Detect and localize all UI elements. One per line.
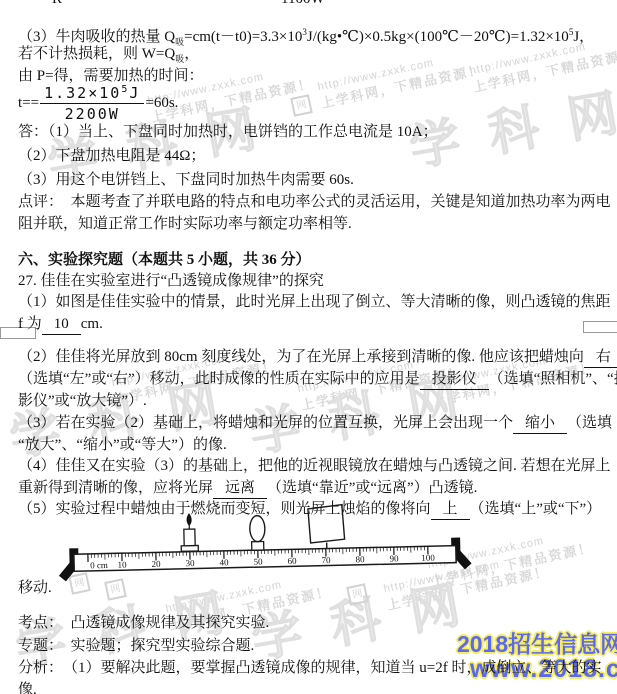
- top-cutoff-fragment: R: [52, 0, 62, 7]
- text-line: “放大”、“缩小”或“等大”）的像.: [18, 435, 227, 455]
- answer-blank: 缩小: [513, 413, 567, 434]
- text-run: （2）下盘加热电阻是 44Ω；: [18, 148, 205, 164]
- text-run: “放大”、“缩小”或“等大”）的像.: [18, 437, 227, 453]
- text-run: 分析： （1）要解决此题，要掌握凸透镜成像的规律，知道当 u=2f 时，成倒立、…: [18, 660, 601, 676]
- lens-stand: [252, 541, 264, 550]
- text-run: （选填“靠近”或“远离”）凸透镜.: [267, 480, 477, 496]
- numerator-base: 1.32×10: [44, 84, 121, 102]
- text-run: f 为: [18, 316, 42, 332]
- answer-blank: 远离: [213, 478, 267, 499]
- page-break-marker-right: [583, 321, 617, 333]
- text-run: 影仪”或“放大镜”）.: [18, 393, 147, 409]
- answer-blank: 10: [42, 314, 81, 335]
- text-line: f 为10cm.: [18, 314, 103, 335]
- text-run: R: [52, 0, 62, 7]
- text-line: 六、实验探究题（本题共 5 小题，共 36 分）: [18, 250, 311, 270]
- text-line: 答：（1）当上、下盘同时加热时，电饼铛的工作总电流是 10A；: [18, 122, 438, 142]
- text-line: （3）若在实验（2）基础上，将蜡烛和光屏的位置互换，光屏上会出现一个缩小（选填: [18, 413, 612, 434]
- text-run: J/(kg•℃)×0.5kg×(100℃－20℃)=1.32×10: [307, 29, 569, 45]
- text-run: =cm(t－t0)=3.3×10: [184, 29, 302, 45]
- text-line: （5）实验过程中蜡烛由于燃烧而变短，则光屏上烛焰的像将向上（选填“上”或“下”）: [18, 499, 601, 520]
- text-line: 分析： （1）要解决此题，要掌握凸透镜成像的规律，知道当 u=2f 时，成倒立、…: [18, 658, 601, 678]
- text-run: ，: [184, 46, 199, 62]
- convex-lens: [250, 515, 266, 550]
- ruler-label: 50: [253, 557, 263, 567]
- top-cutoff-fragment: =: [220, 0, 228, 7]
- text-run: 阻并联，知道正常工作时实际功率与额定功率相等.: [18, 216, 352, 232]
- fraction: 1.32×105J 2200W: [40, 84, 144, 123]
- text-line: 影仪”或“放大镜”）.: [18, 391, 147, 411]
- text-line: 考点： 凸透镜成像规律及其探究实验.: [18, 613, 269, 633]
- text-run: 考点： 凸透镜成像规律及其探究实验.: [18, 615, 269, 631]
- ruler-label: 70: [321, 555, 331, 565]
- time-equation: t== 1.32×105J 2200W =60s.: [18, 84, 178, 123]
- text-run: 点评： 本题考查了并联电路的特点和电功率公式的灵活运用，关键是知道加热功率为两电: [18, 194, 611, 210]
- ruler-label: 0 cm: [90, 560, 108, 570]
- ruler-label: 10: [118, 560, 128, 570]
- text-line: 像.: [18, 680, 37, 694]
- text-run: （4）佳佳又在实验（3）的基础上，把他的近视眼镜放在蜡烛与凸透镜之间. 若想在光…: [18, 458, 611, 474]
- ruler-label: 30: [185, 558, 195, 568]
- text-run: 六、实验探究题（本题共 5 小题，共 36 分）: [18, 252, 311, 268]
- text-run: （选填“上”或“下”）: [470, 501, 602, 517]
- equation-prefix: t==: [18, 95, 39, 112]
- ruler-label: 90: [389, 553, 399, 563]
- text-run: 若不计热损耗，则 W=Q: [18, 46, 175, 62]
- top-cutoff-fragment: 1100W: [281, 0, 325, 7]
- text-run: （2）佳佳将光屏放到 80cm 刻度线处，为了在光屏上承接到清晰的像. 他应该把…: [18, 349, 584, 365]
- text-line: （3）用这个电饼铛上、下盘同时加热牛肉需要 60s.: [18, 170, 354, 190]
- text-run: cm.: [81, 316, 103, 332]
- ruler-label: 80: [355, 554, 365, 564]
- fraction-numerator: 1.32×105J: [40, 84, 144, 104]
- bench-foot-left: [62, 548, 75, 578]
- candle-body: [184, 529, 195, 546]
- text-line: （2）下盘加热电阻是 44Ω；: [18, 146, 205, 166]
- bench-ruler: [74, 546, 456, 572]
- text-line: 27. 佳佳在实验室进行“凸透镜成像规律”的探究: [18, 271, 324, 291]
- text-run: （1）如图是佳佳实验中的情景，此时光屏上出现了倒立、等大清晰的像，则凸透镜的焦距: [18, 294, 611, 310]
- text-run: 像.: [18, 682, 37, 694]
- watermark-logo-icon: 网: [290, 94, 313, 117]
- text-run: 答：（1）当上、下盘同时加热时，电饼铛的工作总电流是 10A；: [18, 124, 438, 140]
- text-line: 重新得到清晰的像，应将光屏远离（选填“靠近”或“远离”）凸透镜.: [18, 478, 477, 499]
- text-run: 由 P=得，需要加热的时间：: [18, 68, 204, 84]
- text-line: 专题： 实验题；探究型实验综合题.: [18, 636, 254, 656]
- text-run: （选填“左”或“右”）移动，此时成像的性质在实际中的应用是: [18, 371, 420, 387]
- text-run: 专题： 实验题；探究型实验综合题.: [18, 638, 254, 654]
- text-run: 1100W: [281, 0, 325, 7]
- bench-foot-right: [456, 537, 469, 566]
- text-line: 阻并联，知道正常工作时实际功率与额定功率相等.: [18, 214, 352, 234]
- text-run: 重新得到清晰的像，应将光屏: [18, 480, 213, 496]
- equation-result: =60s.: [145, 95, 178, 112]
- text-run: =: [220, 0, 228, 7]
- text-run: （选填: [567, 415, 612, 431]
- text-line: 由 P=得，需要加热的时间：: [18, 66, 204, 86]
- ruler-label: 40: [219, 557, 229, 567]
- numerator-unit: J: [129, 84, 140, 102]
- text-run: （3）牛肉吸收的热量 Q: [18, 29, 175, 45]
- text-run: 移动.: [18, 580, 52, 596]
- answer-blank: 上: [431, 499, 470, 520]
- text-run: （选填“照相机”、“投: [489, 371, 617, 387]
- text-run: （3）若在实验（2）基础上，将蜡烛和光屏的位置互换，光屏上会出现一个: [18, 415, 513, 431]
- text-run: （5）实验过程中蜡烛由于燃烧而变短，则光屏上烛焰的像将向: [18, 501, 431, 517]
- text-line: 点评： 本题考查了并联电路的特点和电功率公式的灵活运用，关键是知道加热功率为两电: [18, 192, 611, 212]
- text-run: 27. 佳佳在实验室进行“凸透镜成像规律”的探究: [18, 273, 324, 289]
- text-run: （3）用这个电饼铛上、下盘同时加热牛肉需要 60s.: [18, 172, 354, 188]
- answer-blank: 投影仪: [420, 369, 489, 390]
- text-line: （1）如图是佳佳实验中的情景，此时光屏上出现了倒立、等大清晰的像，则凸透镜的焦距: [18, 292, 611, 312]
- fraction-denominator: 2200W: [65, 104, 120, 123]
- text-run: J，: [573, 29, 594, 45]
- answer-blank: 右: [584, 347, 617, 368]
- subscript: 吸: [175, 54, 184, 64]
- text-line: （4）佳佳又在实验（3）的基础上，把他的近视眼镜放在蜡烛与凸透镜之间. 若想在光…: [18, 456, 611, 476]
- text-line: （选填“左”或“右”）移动，此时成像的性质在实际中的应用是投影仪（选填“照相机”…: [18, 369, 617, 390]
- text-line: 移动.: [18, 578, 52, 598]
- ruler-label: 20: [151, 559, 161, 569]
- text-line: （2）佳佳将光屏放到 80cm 刻度线处，为了在光屏上承接到清晰的像. 他应该把…: [18, 347, 617, 368]
- ruler-label: 60: [287, 556, 297, 566]
- ruler-label: 100: [421, 553, 435, 563]
